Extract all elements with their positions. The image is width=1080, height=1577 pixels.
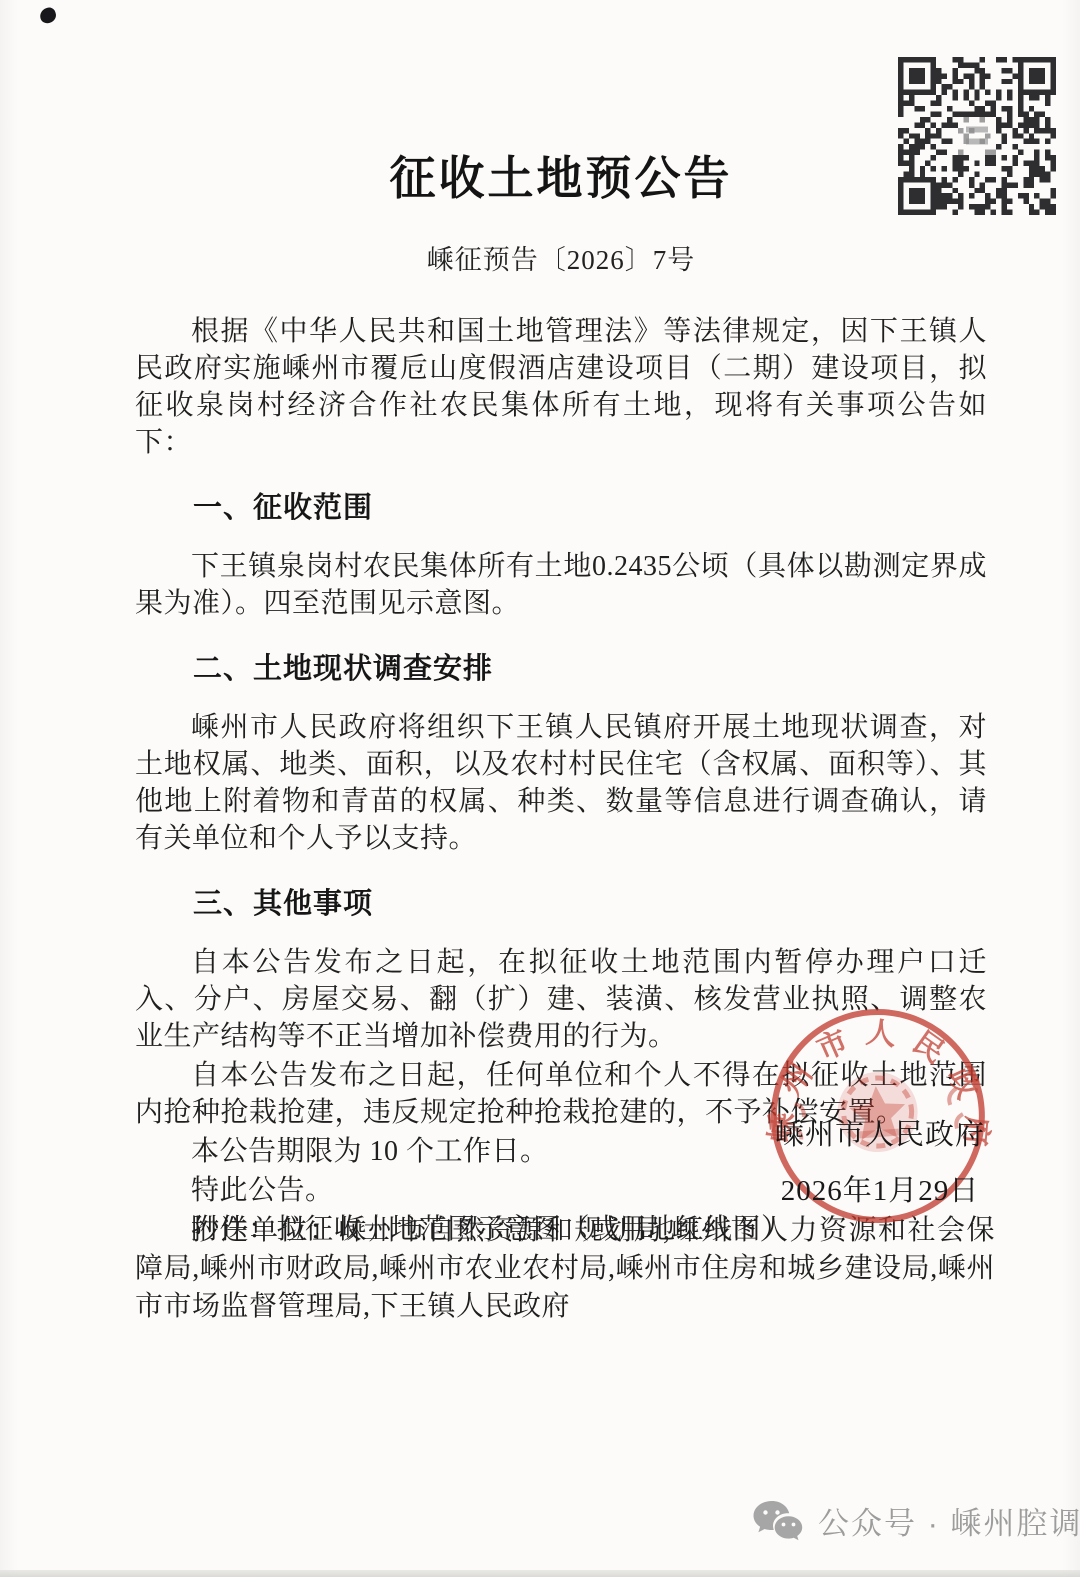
signature-issuer: 嵊州市人民政府 — [735, 1112, 1025, 1153]
doc-number: 嵊征预告〔2026〕7号 — [135, 238, 987, 277]
page-title: 征收土地预公告 — [135, 142, 987, 208]
section-2-heading: 二、土地现状调查安排 — [135, 646, 987, 687]
wechat-account-footer: 公众号 · 嵊州腔调 — [752, 1498, 1080, 1543]
section-2-paragraph: 嵊州市人民政府将组织下王镇人民镇府开展土地现状调查，对土地权属、地类、面积，以及… — [135, 709, 987, 857]
ink-mark — [38, 6, 58, 25]
wechat-icon — [752, 1500, 804, 1542]
wechat-account-label: 公众号 · 嵊州腔调 — [818, 1498, 1080, 1543]
signature-date: 2026年1月29日 — [735, 1168, 1025, 1209]
section-3-heading: 三、其他事项 — [135, 881, 987, 922]
section-1-heading: 一、征收范围 — [135, 485, 987, 526]
scanned-announcement-page: 征收土地预公告 嵊征预告〔2026〕7号 根据《中华人民共和国土地管理法》等法律… — [0, 0, 1080, 1577]
page-bottom-edge — [0, 1570, 1080, 1577]
intro-paragraph: 根据《中华人民共和国土地管理法》等法律规定，因下王镇人民政府实施嵊州市覆卮山度假… — [135, 313, 987, 461]
section-1-paragraph: 下王镇泉岗村农民集体所有土地0.2435公顷（具体以勘测定界成果为准）。四至范围… — [135, 548, 987, 622]
